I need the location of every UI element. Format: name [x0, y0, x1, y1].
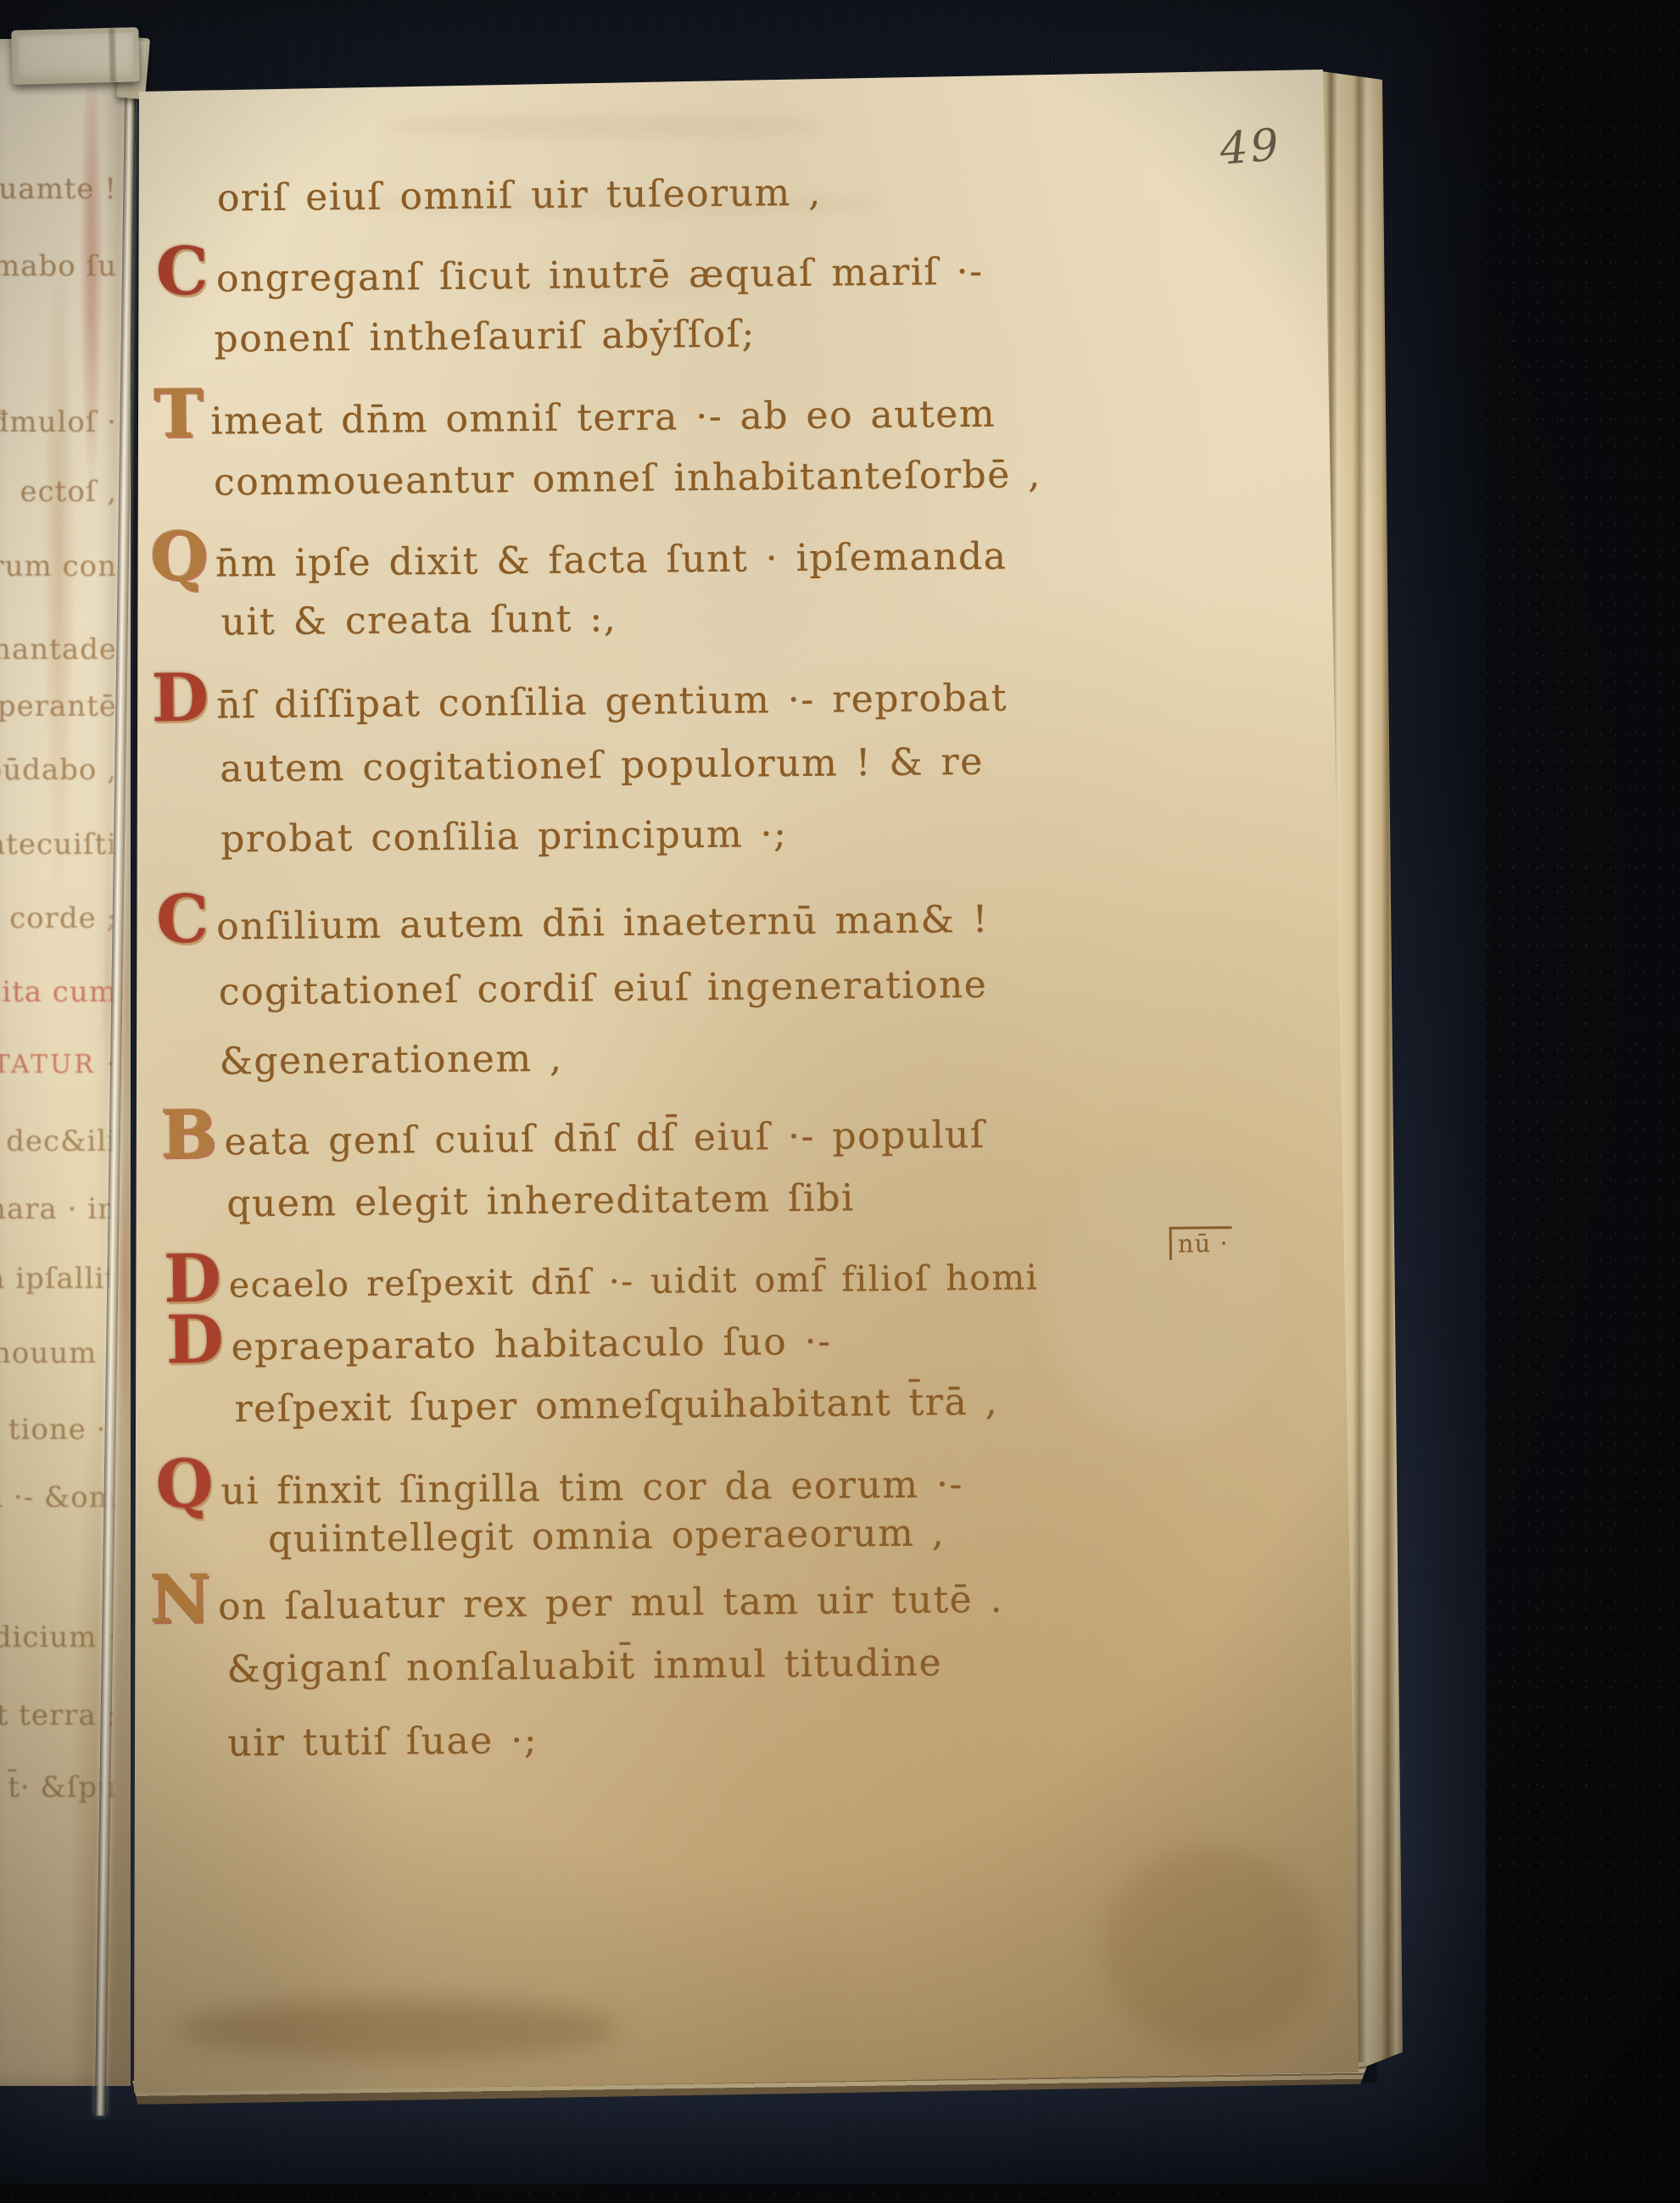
line-text: commoueantur omneſ inhabitanteſorbē , — [214, 454, 1041, 505]
line-text: ui finxit ſingilla tim cor da eorum ·- — [220, 1453, 963, 1514]
text-line: D n̄ſ diſſipat conſilia gentium ·- repro… — [151, 666, 1007, 728]
text-line: Q n̄m ipſe dixit & facta ſunt · ipſemand… — [150, 525, 1007, 587]
line-text: on ſaluatur rex per mul tam uir tutē . — [218, 1568, 1004, 1629]
superscript-correction: nū · — [1169, 1226, 1232, 1260]
illuminated-initial: C — [155, 248, 209, 298]
margin-fragment: corde ; — [9, 901, 117, 935]
text-line: reſpexit ſuper omneſquihabitant t̄rā , — [234, 1381, 998, 1431]
line-text: &generationem , — [219, 1038, 562, 1084]
margin-fragment: mnouum · — [0, 1336, 117, 1370]
text-line: autem cogitationeſ populorum ! & re — [220, 741, 984, 791]
text-line: D epraeparato habitaculo ſuo ·- — [166, 1310, 832, 1370]
illuminated-initial: N — [150, 1576, 211, 1626]
text-line: N on ſaluatur rex per mul tam uir tutē . — [150, 1568, 1004, 1630]
text-block: 49 oriſ eiuſ omniſ uir tuſeorum , C ongr… — [126, 55, 1386, 2095]
line-text: cogitationeſ cordiſ eiuſ ingeneratione — [219, 964, 988, 1014]
margin-fragment: đmuloſ · — [0, 405, 117, 439]
cloth-ribbon — [11, 27, 140, 85]
folio-number: 49 — [1218, 120, 1283, 176]
text-line: oriſ eiuſ omniſ uir tuſeorum , — [217, 172, 822, 220]
line-text: eata genſ cuiuſ dn̄ſ dſ̄ eiuſ ·- populuſ — [224, 1103, 985, 1164]
line-text: ponenſ intheſauriſ abẏſſoſ; — [214, 313, 756, 361]
line-text: ecaelo reſpexit dn̄ſ ·- uidit omſ̄ filio… — [229, 1247, 1039, 1305]
margin-fragment-rubric: ghita cum — [0, 975, 117, 1009]
line-text: uir tutiſ ſuae ·; — [227, 1720, 538, 1765]
line-text: &giganſ nonſaluabit̄ inmul titudine — [226, 1642, 942, 1692]
illuminated-initial: D — [164, 1255, 221, 1305]
manuscript-photo-scene: ſtruamte ! ſ· firmabo ſu đmuloſ · ectoſ … — [0, 0, 1680, 2203]
line-text: ongreganſ ſicut inutrē æquaſ mariſ ·- — [216, 240, 984, 301]
margin-fragment: ſ· firmabo ſu — [0, 249, 117, 283]
illuminated-initial: Q — [155, 1460, 214, 1510]
line-text: imeat dn̄m omniſ terra ·- ab eo autem — [210, 382, 996, 443]
margin-fragment: tione ·; — [8, 1413, 117, 1447]
manuscript-page: 49 oriſ eiuſ omniſ uir tuſeorum , C ongr… — [127, 66, 1367, 2094]
text-line: uit & creata ſunt :, — [220, 598, 617, 644]
margin-fragment: dn̄i ·- &om — [0, 1481, 117, 1514]
line-text: n̄m ipſe dixit & facta ſunt · ipſemanda — [215, 525, 1007, 587]
margin-fragment: thara · in — [0, 1192, 117, 1226]
line-text: oriſ eiuſ omniſ uir tuſeorum , — [217, 172, 822, 220]
text-line: Q ui finxit ſingilla tim cor da eorum ·- — [155, 1453, 963, 1514]
line-text: probat conſilia principum ·; — [220, 813, 788, 862]
text-line: probat conſilia principum ·; — [220, 813, 788, 862]
line-text: uit & creata ſunt :, — [220, 598, 617, 644]
line-text: reſpexit ſuper omneſquihabitant t̄rā , — [234, 1381, 998, 1431]
margin-fragment: diacirpūdabo , — [0, 753, 117, 787]
text-line: cogitationeſ cordiſ eiuſ ingeneratione — [219, 964, 988, 1014]
text-line: D ecaelo reſpexit dn̄ſ ·- uidit omſ̄ fil… — [164, 1247, 1039, 1306]
text-line: T imeat dn̄m omniſ terra ·- ab eo autem — [153, 382, 996, 444]
margin-fragment-rubric: OETATUR · — [0, 1050, 117, 1079]
margin-fragment: progimantade — [0, 633, 117, 666]
illuminated-initial: Q — [150, 533, 209, 583]
text-line: B eata genſ cuiuſ dn̄ſ dſ̄ eiuſ ·- popul… — [160, 1103, 985, 1165]
text-line: quem elegit inhereditatem ſibi — [226, 1177, 855, 1226]
line-text: quiintellegit omnia operaeorum , — [268, 1512, 946, 1561]
line-text: epraeparato habitaculo ſuo ·- — [231, 1310, 832, 1369]
text-line: C onſilium autem dn̄i inaeternū man& ! — [156, 888, 989, 950]
margin-fragment: ectoſ , — [20, 475, 118, 509]
text-line: &giganſ nonſaluabit̄ inmul titudine — [226, 1642, 942, 1692]
line-text: quem elegit inhereditatem ſibi — [226, 1177, 855, 1226]
illuminated-initial: D — [151, 674, 209, 724]
margin-fragment: ectoſ dec&ili — [0, 1124, 117, 1158]
margin-fragment: ultatecuiſti — [0, 828, 117, 862]
text-line: quiintellegit omnia operaeorum , — [268, 1512, 946, 1561]
line-text: autem cogitationeſ populorum ! & re — [220, 741, 984, 791]
text-line: C ongreganſ ſicut inutrē æquaſ mariſ ·- — [155, 240, 983, 302]
text-line: ponenſ intheſauriſ abẏſſoſ; — [214, 313, 756, 361]
illuminated-initial: T — [153, 390, 204, 440]
margin-fragment: ſeorum con — [0, 549, 117, 583]
illuminated-initial: C — [156, 895, 209, 945]
margin-fragment: eſt terra ; — [0, 1698, 117, 1732]
illuminated-initial: D — [166, 1316, 224, 1366]
illuminated-initial: B — [160, 1111, 216, 1161]
margin-fragment: ſtruamte ! — [0, 172, 117, 206]
margin-fragment: ſperantē — [0, 689, 117, 723]
margin-fragment: tara ipſallit — [0, 1262, 117, 1296]
margin-fragment: dicium · — [0, 1620, 117, 1654]
line-text: onſilium autem dn̄i inaeternū man& ! — [216, 888, 989, 949]
text-line: uir tutiſ ſuae ·; — [227, 1720, 538, 1765]
text-line: commoueantur omneſ inhabitanteſorbē , — [214, 454, 1041, 505]
line-text: n̄ſ diſſipat conſilia gentium ·- reproba… — [216, 666, 1007, 728]
text-line: &generationem , — [219, 1038, 562, 1084]
